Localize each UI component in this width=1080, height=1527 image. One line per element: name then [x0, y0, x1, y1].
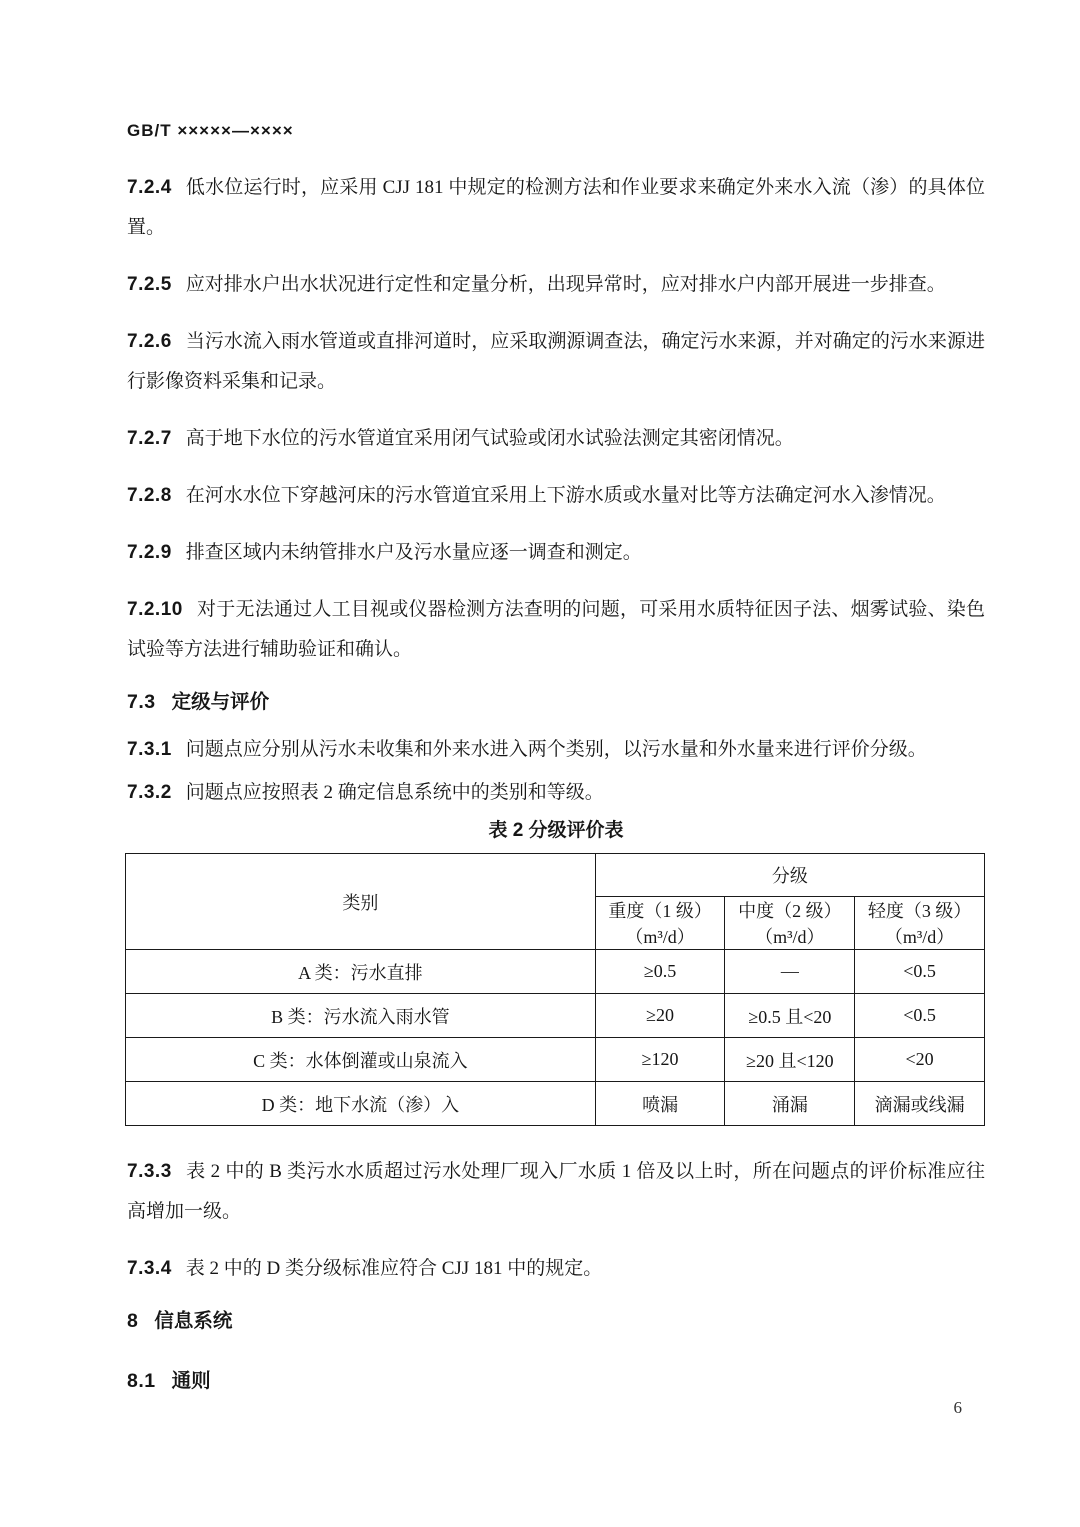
section-heading-8-1: 8.1通则 [127, 1366, 985, 1396]
clause-number: 7.3.2 [127, 782, 172, 803]
table-cell-category: D 类：地下水流（渗）入 [126, 1082, 596, 1126]
page-content: GB/T ×××××—×××× 7.2.4低水位运行时，应采用 CJJ 181 … [0, 0, 1080, 1396]
clause-7-3-1: 7.3.1问题点应分别从污水未收集和外来水进入两个类别，以污水量和外水量来进行评… [127, 730, 985, 770]
clause-text: 在河水水位下穿越河床的污水管道宜采用上下游水质或水量对比等方法确定河水入渗情况。 [186, 485, 946, 506]
table-cell-severe: ≥20 [595, 994, 725, 1038]
clause-number: 7.3.1 [127, 739, 172, 760]
clause-text: 低水位运行时，应采用 CJJ 181 中规定的检测方法和作业要求来确定外来水入流… [127, 177, 985, 238]
clause-text: 问题点应分别从污水未收集和外来水进入两个类别，以污水量和外水量来进行评价分级。 [186, 739, 927, 760]
clause-text: 表 2 中的 B 类污水水质超过污水处理厂现入厂水质 1 倍及以上时，所在问题点… [127, 1161, 985, 1222]
section-heading-8: 8信息系统 [127, 1306, 985, 1336]
clause-text: 对于无法通过人工目视或仪器检测方法查明的问题，可采用水质特征因子法、烟雾试验、染… [127, 599, 985, 660]
clause-7-2-5: 7.2.5应对排水户出水状况进行定性和定量分析，出现异常时，应对排水户内部开展进… [127, 265, 985, 305]
table-header-light: 轻度（3 级）（m³/d） [855, 897, 985, 950]
table-cell-medium: ≥0.5 且<20 [725, 994, 855, 1038]
clause-7-3-2: 7.3.2问题点应按照表 2 确定信息系统中的类别和等级。 [127, 773, 985, 813]
clause-7-2-9: 7.2.9排查区域内未纳管排水户及污水量应逐一调查和测定。 [127, 533, 985, 573]
table-cell-category: B 类：污水流入雨水管 [126, 994, 596, 1038]
table-cell-severe: ≥0.5 [595, 950, 725, 994]
clause-number: 7.2.6 [127, 331, 172, 352]
clause-text: 当污水流入雨水管道或直排河道时，应采取溯源调查法，确定污水来源，并对确定的污水来… [127, 331, 985, 392]
table-cell-medium: — [725, 950, 855, 994]
clause-7-2-10: 7.2.10对于无法通过人工目视或仪器检测方法查明的问题，可采用水质特征因子法、… [127, 590, 985, 670]
section-title: 定级与评价 [172, 691, 270, 713]
table-row: B 类：污水流入雨水管 ≥20 ≥0.5 且<20 <0.5 [126, 994, 985, 1038]
clause-7-3-3: 7.3.3表 2 中的 B 类污水水质超过污水处理厂现入厂水质 1 倍及以上时，… [127, 1152, 985, 1232]
table-header-category: 类别 [126, 854, 596, 950]
table-cell-medium: 涌漏 [725, 1082, 855, 1126]
table-row: C 类：水体倒灌或山泉流入 ≥120 ≥20 且<120 <20 [126, 1038, 985, 1082]
table-cell-light: <0.5 [855, 994, 985, 1038]
section-heading-7-3: 7.3定级与评价 [127, 687, 985, 717]
table-cell-category: A 类：污水直排 [126, 950, 596, 994]
clause-number: 7.2.5 [127, 274, 172, 295]
section-number: 7.3 [127, 691, 156, 713]
table-row: A 类：污水直排 ≥0.5 — <0.5 [126, 950, 985, 994]
table-header-severe: 重度（1 级）（m³/d） [595, 897, 725, 950]
section-number: 8.1 [127, 1370, 156, 1392]
clause-number: 7.3.3 [127, 1161, 172, 1182]
clause-number: 7.3.4 [127, 1258, 172, 1279]
table-header-grading: 分级 [595, 854, 984, 897]
section-title: 信息系统 [154, 1310, 232, 1332]
table-cell-severe: ≥120 [595, 1038, 725, 1082]
clause-text: 高于地下水位的污水管道宜采用闭气试验或闭水试验法测定其密闭情况。 [186, 428, 794, 449]
table-cell-light: <0.5 [855, 950, 985, 994]
section-title: 通则 [172, 1370, 211, 1392]
table-caption: 表 2 分级评价表 [127, 817, 985, 845]
clause-text: 表 2 中的 D 类分级标准应符合 CJJ 181 中的规定。 [186, 1258, 602, 1279]
clause-7-2-6: 7.2.6当污水流入雨水管道或直排河道时，应采取溯源调查法，确定污水来源，并对确… [127, 322, 985, 402]
clause-text: 问题点应按照表 2 确定信息系统中的类别和等级。 [186, 782, 604, 803]
section-number: 8 [127, 1310, 138, 1332]
clause-7-2-8: 7.2.8在河水水位下穿越河床的污水管道宜采用上下游水质或水量对比等方法确定河水… [127, 476, 985, 516]
grading-evaluation-table: 类别 分级 重度（1 级）（m³/d） 中度（2 级）（m³/d） 轻度（3 级… [125, 853, 985, 1126]
table-header-medium: 中度（2 级）（m³/d） [725, 897, 855, 950]
table-cell-severe: 喷漏 [595, 1082, 725, 1126]
clause-7-2-4: 7.2.4低水位运行时，应采用 CJJ 181 中规定的检测方法和作业要求来确定… [127, 168, 985, 248]
clause-text: 应对排水户出水状况进行定性和定量分析，出现异常时，应对排水户内部开展进一步排查。 [186, 274, 946, 295]
clause-7-2-7: 7.2.7高于地下水位的污水管道宜采用闭气试验或闭水试验法测定其密闭情况。 [127, 419, 985, 459]
document-page: GB/T ×××××—×××× 7.2.4低水位运行时，应采用 CJJ 181 … [0, 0, 1080, 1527]
table-header-row-grading: 类别 分级 [126, 854, 985, 897]
page-number: 6 [954, 1398, 963, 1418]
table-cell-medium: ≥20 且<120 [725, 1038, 855, 1082]
table-row: D 类：地下水流（渗）入 喷漏 涌漏 滴漏或线漏 [126, 1082, 985, 1126]
clause-number: 7.2.4 [127, 177, 172, 198]
table-cell-light: 滴漏或线漏 [855, 1082, 985, 1126]
clause-number: 7.2.9 [127, 542, 172, 563]
clause-number: 7.2.7 [127, 428, 172, 449]
table-cell-light: <20 [855, 1038, 985, 1082]
doc-code-header: GB/T ×××××—×××× [127, 118, 985, 144]
clause-number: 7.2.10 [127, 599, 183, 620]
clause-number: 7.2.8 [127, 485, 172, 506]
table-cell-category: C 类：水体倒灌或山泉流入 [126, 1038, 596, 1082]
clause-7-3-4: 7.3.4表 2 中的 D 类分级标准应符合 CJJ 181 中的规定。 [127, 1249, 985, 1289]
clause-text: 排查区域内未纳管排水户及污水量应逐一调查和测定。 [186, 542, 642, 563]
